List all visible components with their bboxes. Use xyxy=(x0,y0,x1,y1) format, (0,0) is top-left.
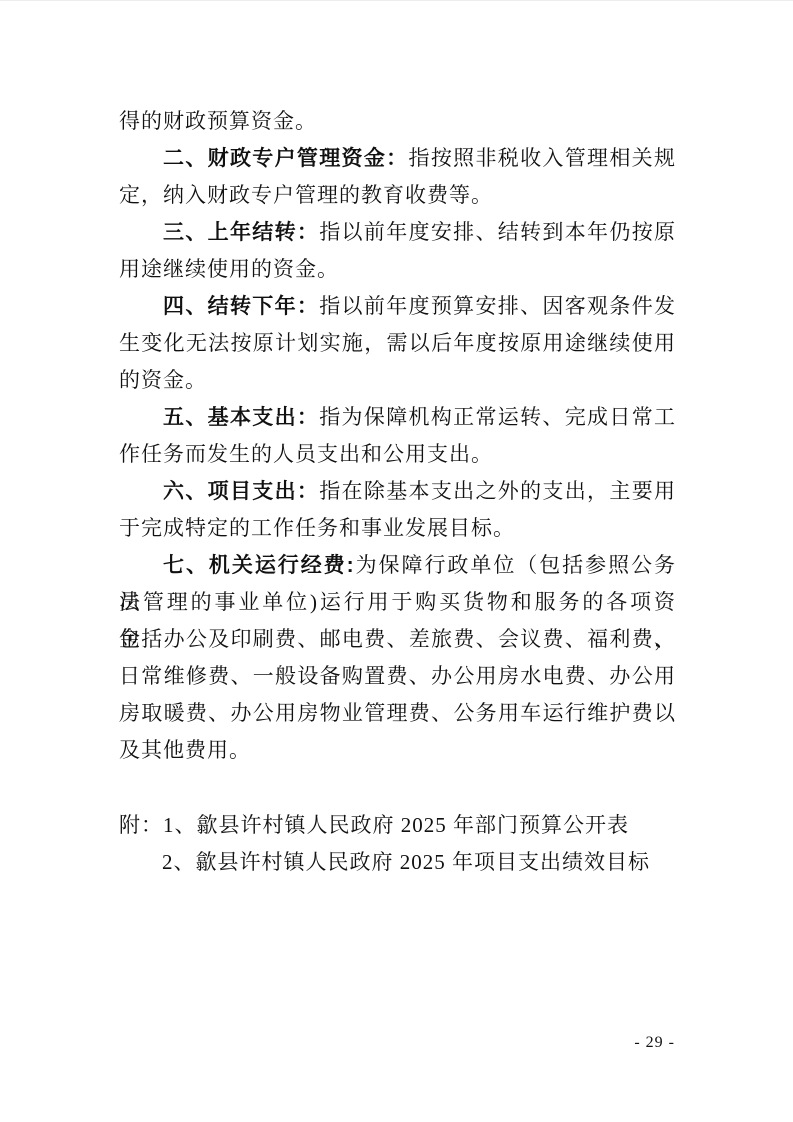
line-text: 得的财政预算资金。 xyxy=(119,109,317,133)
attachment-list: 附：1、歙县许村镇人民政府 2025 年部门预算公开表 2、歙县许村镇人民政府 … xyxy=(119,807,676,881)
document-page: 得的财政预算资金。 二、财政专户管理资金：指按照非税收入管理相关规 定，纳入财政… xyxy=(0,0,793,1122)
body-text: 得的财政预算资金。 二、财政专户管理资金：指按照非税收入管理相关规 定，纳入财政… xyxy=(119,103,676,769)
term-label: 四、结转下年： xyxy=(163,295,319,318)
paragraph-line: 的资金。 xyxy=(119,362,676,399)
line-text: 及其他费用。 xyxy=(119,738,251,762)
line-text: 指按照非税收入管理相关规 xyxy=(409,146,677,170)
paragraph-line: 作任务而发生的人员支出和公用支出。 xyxy=(119,436,676,473)
paragraph-line: 于完成特定的工作任务和事业发展目标。 xyxy=(119,510,676,547)
term-label: 六、项目支出： xyxy=(163,480,319,503)
line-text: 指以前年度安排、结转到本年仍按原 xyxy=(319,220,676,244)
line-text: 指为保障机构正常运转、完成日常工 xyxy=(319,405,676,429)
line-text: 房取暖费、办公用房物业管理费、公务用车运行维护费以 xyxy=(119,701,676,725)
line-text: 包括办公及印刷费、邮电费、差旅费、会议费、福利费、 xyxy=(119,627,676,651)
paragraph-line: 定，纳入财政专户管理的教育收费等。 xyxy=(119,177,676,214)
paragraph-line: 七、机关运行经费:为保障行政单位（包括参照公务员 xyxy=(119,547,676,584)
paragraph-line: 三、上年结转：指以前年度安排、结转到本年仍按原 xyxy=(119,214,676,251)
paragraph-line: 生变化无法按原计划实施，需以后年度按原用途继续使用 xyxy=(119,325,676,362)
line-text: 指以前年度预算安排、因客观条件发 xyxy=(319,294,676,318)
line-text: 作任务而发生的人员支出和公用支出。 xyxy=(119,442,493,466)
paragraph-line: 日常维修费、一般设备购置费、办公用房水电费、办公用 xyxy=(119,658,676,695)
line-text: 生变化无法按原计划实施，需以后年度按原用途继续使用 xyxy=(119,331,676,355)
paragraph-line: 房取暖费、办公用房物业管理费、公务用车运行维护费以 xyxy=(119,695,676,732)
paragraph-line: 包括办公及印刷费、邮电费、差旅费、会议费、福利费、 xyxy=(119,621,676,658)
line-text: 定，纳入财政专户管理的教育收费等。 xyxy=(119,183,493,207)
line-text: 用途继续使用的资金。 xyxy=(119,257,339,281)
line-text: 于完成特定的工作任务和事业发展目标。 xyxy=(119,516,515,540)
paragraph-line: 六、项目支出：指在除基本支出之外的支出，主要用 xyxy=(119,473,676,510)
term-label: 三、上年结转： xyxy=(163,221,319,244)
line-text: 日常维修费、一般设备购置费、办公用房水电费、办公用 xyxy=(119,664,676,688)
paragraph-line: 及其他费用。 xyxy=(119,732,676,769)
term-label: 二、财政专户管理资金： xyxy=(163,147,409,170)
paragraph-line: 四、结转下年：指以前年度预算安排、因客观条件发 xyxy=(119,288,676,325)
line-text: 的资金。 xyxy=(119,368,207,392)
paragraph-line: 五、基本支出：指为保障机构正常运转、完成日常工 xyxy=(119,399,676,436)
line-text: 指在除基本支出之外的支出，主要用 xyxy=(319,479,676,503)
paragraph-line: 用途继续使用的资金。 xyxy=(119,251,676,288)
term-label: 七、机关运行经费: xyxy=(163,554,355,577)
paragraph-line: 二、财政专户管理资金：指按照非税收入管理相关规 xyxy=(119,140,676,177)
attachment-item: 附：1、歙县许村镇人民政府 2025 年部门预算公开表 xyxy=(119,807,676,844)
term-label: 五、基本支出： xyxy=(163,406,319,429)
paragraph-line: 得的财政预算资金。 xyxy=(119,103,676,140)
paragraph-line: 法管理的事业单位)运行用于购买货物和服务的各项资金， xyxy=(119,584,676,621)
attachment-label: 附： xyxy=(119,813,163,837)
page-number: - 29 - xyxy=(634,1034,675,1052)
attachment-text: 2、歙县许村镇人民政府 2025 年项目支出绩效目标 xyxy=(162,850,650,874)
attachment-item: 2、歙县许村镇人民政府 2025 年项目支出绩效目标 xyxy=(119,844,676,881)
attachment-text: 1、歙县许村镇人民政府 2025 年部门预算公开表 xyxy=(163,813,629,837)
